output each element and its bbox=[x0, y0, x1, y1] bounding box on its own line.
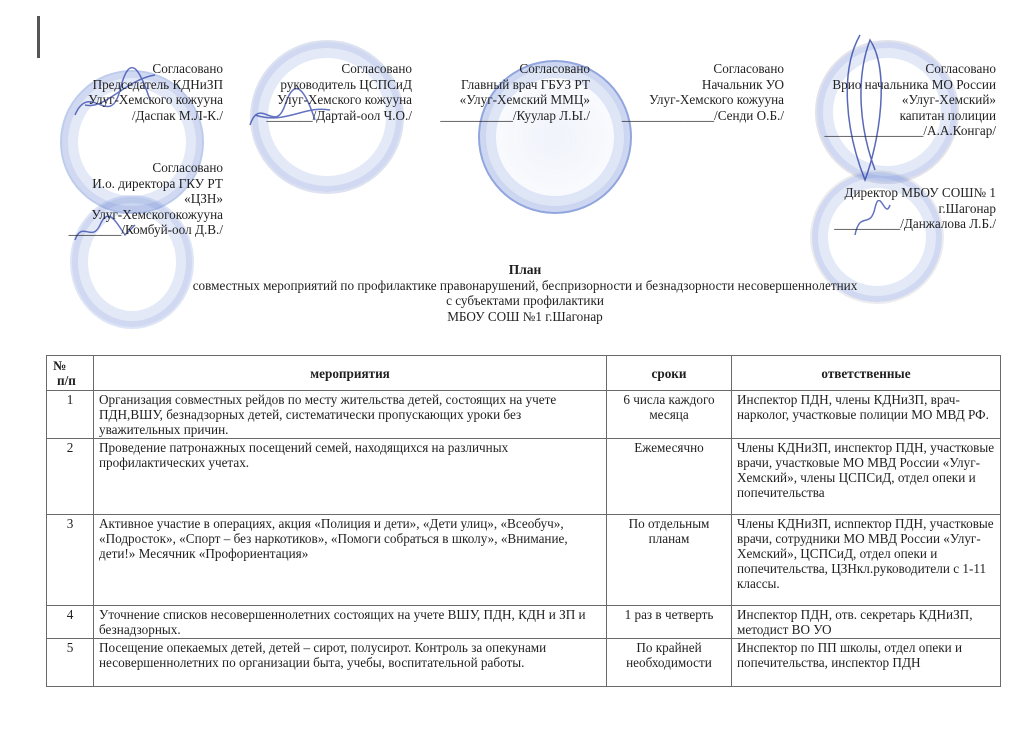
approval-mo: Согласовано Врио начальника МО России «У… bbox=[824, 61, 996, 139]
cell-activity: Активное участие в операциях, акция «Пол… bbox=[94, 515, 607, 606]
header-activity: мероприятия bbox=[94, 356, 607, 391]
approval-czn: Согласовано И.о. директора ГКУ РТ «ЦЗН» … bbox=[69, 160, 223, 238]
header-num-symbol: № bbox=[53, 358, 88, 373]
plan-table: № п/п мероприятия сроки ответственные 1 … bbox=[46, 355, 1001, 687]
cell-responsible: Члены КДНиЗП, инспектор ПДН, участковые … bbox=[732, 439, 1001, 515]
approval-gbuz: Согласовано Главный врач ГБУЗ РТ «Улуг-Х… bbox=[440, 61, 590, 123]
approval-line: _______/Дартай-оол Ч.О./ bbox=[266, 108, 412, 124]
title-line-3: МБОУ СОШ №1 г.Шагонар bbox=[150, 309, 900, 325]
cell-terms: 1 раз в четверть bbox=[607, 606, 732, 639]
cell-responsible: Инспектор ПДН, отв. секретарь КДНиЗП, ме… bbox=[732, 606, 1001, 639]
title-line-1: совместных мероприятий по профилактике п… bbox=[150, 278, 900, 294]
approval-line: ______________/Сенди О.Б./ bbox=[622, 108, 784, 124]
approval-line: Согласовано bbox=[69, 160, 223, 176]
approval-line: Начальник УО bbox=[622, 77, 784, 93]
approval-line: Согласовано bbox=[266, 61, 412, 77]
approval-line: Согласовано bbox=[622, 61, 784, 77]
approval-line: руководитель ЦСПСиД bbox=[266, 77, 412, 93]
approval-line: Улуг-Хемского кожууна bbox=[266, 92, 412, 108]
table-header-row: № п/п мероприятия сроки ответственные bbox=[47, 356, 1001, 391]
approval-cspsid: Согласовано руководитель ЦСПСиД Улуг-Хем… bbox=[266, 61, 412, 123]
title-line-2: с субъектами профилактики bbox=[150, 293, 900, 309]
header-num: № п/п bbox=[47, 356, 94, 391]
approval-line: ________/Комбуй-оол Д.В./ bbox=[69, 222, 223, 238]
table-row: 4 Уточнение списков несовершеннолетних с… bbox=[47, 606, 1001, 639]
cell-num: 5 bbox=[47, 639, 94, 687]
cell-responsible: Члены КДНиЗП, исnпектор ПДН, участковые … bbox=[732, 515, 1001, 606]
table-row: 5 Посещение опекаемых детей, детей – сир… bbox=[47, 639, 1001, 687]
cell-num: 1 bbox=[47, 391, 94, 439]
table-row: 2 Проведение патронажных посещений семей… bbox=[47, 439, 1001, 515]
approval-line: «Улуг-Хемский» bbox=[824, 92, 996, 108]
approval-line: Улуг-Хемского кожууна bbox=[622, 92, 784, 108]
approval-line: Врио начальника МО России bbox=[824, 77, 996, 93]
approval-uo: Согласовано Начальник УО Улуг-Хемского к… bbox=[622, 61, 784, 123]
cell-activity: Уточнение списков несовершеннолетних сос… bbox=[94, 606, 607, 639]
scan-edge-mark bbox=[37, 16, 40, 58]
cell-activity: Организация совместных рейдов по месту ж… bbox=[94, 391, 607, 439]
approval-line: капитан полиции bbox=[824, 108, 996, 124]
header-num-pp: п/п bbox=[53, 373, 88, 388]
approval-line: Согласовано bbox=[88, 61, 223, 77]
table-row: 1 Организация совместных рейдов по месту… bbox=[47, 391, 1001, 439]
cell-responsible: Инспектор по ПП школы, отдел опеки и поп… bbox=[732, 639, 1001, 687]
approval-kdn: Согласовано Председатель КДНиЗП Улуг-Хем… bbox=[88, 61, 223, 123]
approval-line: Согласовано bbox=[440, 61, 590, 77]
cell-num: 3 bbox=[47, 515, 94, 606]
approval-line: Председатель КДНиЗП bbox=[88, 77, 223, 93]
cell-responsible: Инспектор ПДН, члены КДНиЗП, врач-наркол… bbox=[732, 391, 1001, 439]
approval-line: Согласовано bbox=[824, 61, 996, 77]
cell-terms: 6 числа каждого месяца bbox=[607, 391, 732, 439]
approval-line: __________/Данжалова Л.Б./ bbox=[834, 216, 996, 232]
cell-num: 4 bbox=[47, 606, 94, 639]
approval-line: Улуг-Хемскогокожууна bbox=[69, 207, 223, 223]
table-row: 3 Активное участие в операциях, акция «П… bbox=[47, 515, 1001, 606]
cell-terms: Ежемесячно bbox=[607, 439, 732, 515]
approval-line: И.о. директора ГКУ РТ bbox=[69, 176, 223, 192]
cell-num: 2 bbox=[47, 439, 94, 515]
header-responsible: ответственные bbox=[732, 356, 1001, 391]
document-page: Согласовано Председатель КДНиЗП Улуг-Хем… bbox=[0, 0, 1024, 745]
cell-terms: По крайней необходимости bbox=[607, 639, 732, 687]
cell-terms: По отдельным планам bbox=[607, 515, 732, 606]
approval-director: Директор МБОУ СОШ№ 1 г.Шагонар _________… bbox=[834, 185, 996, 232]
approval-line: ___________/Куулар Л.Ы./ bbox=[440, 108, 590, 124]
cell-activity: Посещение опекаемых детей, детей – сирот… bbox=[94, 639, 607, 687]
approval-line: Улуг-Хемского кожууна bbox=[88, 92, 223, 108]
approval-line: _______________/А.А.Конгар/ bbox=[824, 123, 996, 139]
approval-line: г.Шагонар bbox=[834, 201, 996, 217]
title-main: План bbox=[150, 262, 900, 278]
approval-line: «ЦЗН» bbox=[69, 191, 223, 207]
approval-line: Главный врач ГБУЗ РТ bbox=[440, 77, 590, 93]
approval-line: Директор МБОУ СОШ№ 1 bbox=[834, 185, 996, 201]
document-title: План совместных мероприятий по профилакт… bbox=[150, 262, 900, 324]
approval-line: /Даспак М.Л-К./ bbox=[88, 108, 223, 124]
cell-activity: Проведение патронажных посещений семей, … bbox=[94, 439, 607, 515]
approval-line: «Улуг-Хемский ММЦ» bbox=[440, 92, 590, 108]
header-terms: сроки bbox=[607, 356, 732, 391]
